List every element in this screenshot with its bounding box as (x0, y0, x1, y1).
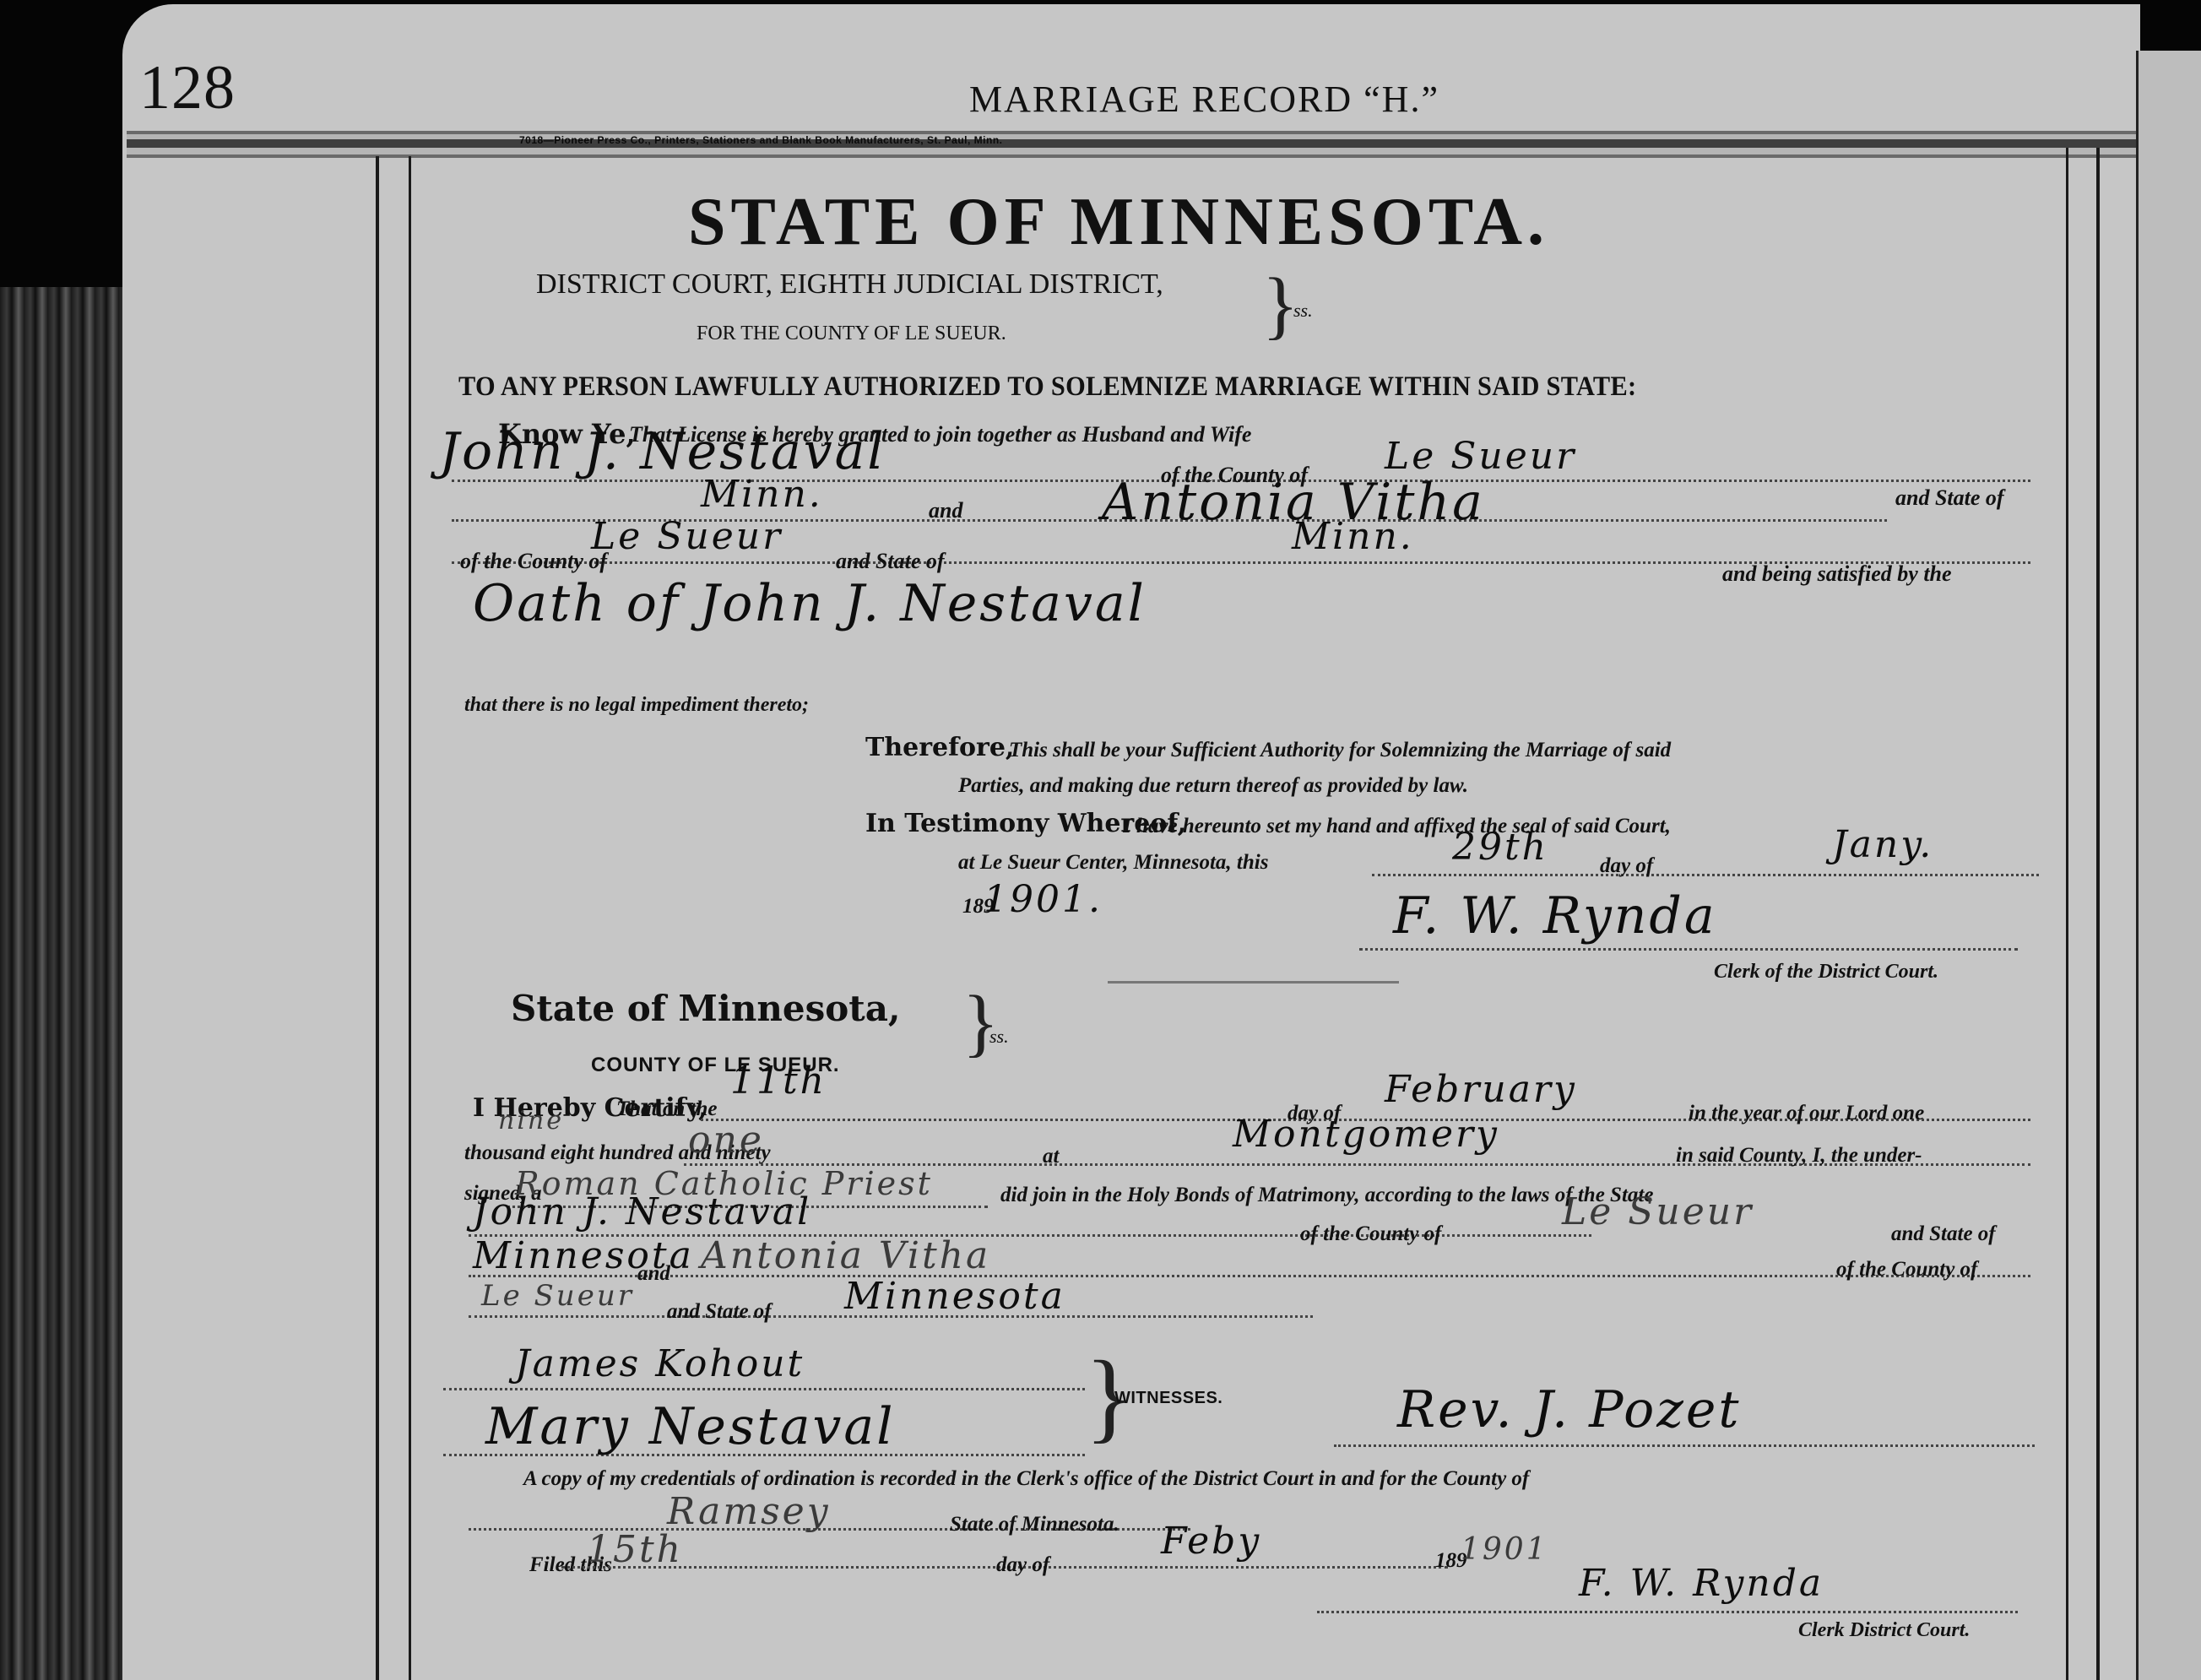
bride-state-handwritten: Minn. (1292, 515, 1414, 558)
therefore-label: Therefore, (865, 733, 1014, 762)
signature-line (1317, 1611, 2018, 1613)
label-at: at (1043, 1145, 1059, 1168)
label-and-state-2: and State of (836, 549, 945, 574)
witness-1-handwritten: James Kohout (515, 1342, 805, 1385)
signature-line (1359, 948, 2018, 951)
groom-state-handwritten: Minn. (701, 473, 823, 516)
margin-rule-right (2066, 148, 2068, 1680)
testimony-text: I have hereunto set my hand and affixed … (1123, 815, 1671, 838)
signature-line (1334, 1444, 2035, 1447)
filed-clerk-signature: F. W. Rynda (1579, 1562, 1824, 1605)
officiant-signature: Rev. J. Pozet (1397, 1380, 1741, 1439)
ss-mark: ss. (989, 1026, 1009, 1048)
cert-bride-county-handwritten: Le Sueur (481, 1279, 634, 1313)
label-in-the-year: in the year of our Lord one (1689, 1102, 1924, 1125)
license-day-handwritten: 29th (1452, 826, 1548, 869)
label-being-satisfied: and being satisfied by the (1722, 561, 1952, 587)
certificate-day-handwritten: 11th (730, 1059, 827, 1103)
address-line: TO ANY PERSON LAWFULLY AUTHORIZED TO SOL… (458, 371, 1636, 403)
label-of-county-2: of the County of (460, 549, 607, 574)
header-rule (127, 131, 2136, 158)
form-title: STATE OF MINNESOTA. (688, 184, 1549, 261)
century-correction-handwritten: nine (498, 1106, 564, 1135)
cert-groom-name-handwritten: John J. Nestaval (473, 1190, 811, 1233)
certificate-month-handwritten: February (1385, 1068, 1577, 1111)
label-in-said-county: in said County, I, the under- (1676, 1144, 1922, 1168)
filed-clerk-title: Clerk District Court. (1798, 1619, 1970, 1642)
credentials-state: State of Minnesota. (950, 1513, 1119, 1536)
credentials-text: A copy of my credentials of ordination i… (523, 1467, 1529, 1491)
margin-rule-right-outer (2096, 148, 2100, 1680)
county-line: FOR THE COUNTY OF LE SUEUR. (697, 322, 1006, 345)
book-page-edges (0, 287, 127, 1680)
cert-groom-county-handwritten: Le Sueur (1562, 1190, 1754, 1233)
printer-imprint: 7018—Pioneer Press Co., Printers, Statio… (519, 134, 1002, 146)
testimony-place: at Le Sueur Center, Minnesota, this (958, 851, 1268, 875)
year-word-handwritten: one (688, 1119, 764, 1162)
oath-handwritten: Oath of John J. Nestaval (473, 574, 1147, 633)
brace-icon: } (962, 979, 999, 1066)
certificate-state-heading: State of Minnesota, (511, 988, 901, 1029)
year-handwritten: 1901. (984, 878, 1103, 921)
therefore-text-2: Parties, and making due return thereof a… (958, 774, 1468, 798)
license-month-handwritten: Jany. (1832, 823, 1933, 866)
ss-mark: ss. (1293, 300, 1313, 322)
margin-rule-left (376, 156, 379, 1680)
clerk-title: Clerk of the District Court. (1714, 961, 1938, 984)
no-impediment-text: that there is no legal impediment theret… (464, 694, 809, 717)
label-and-state-2: and State of (667, 1300, 772, 1324)
place-handwritten: Montgomery (1233, 1113, 1499, 1156)
witness-line (443, 1388, 1085, 1390)
label-and: and (637, 1262, 670, 1286)
witnesses-label: WITNESSES. (1114, 1389, 1222, 1408)
filed-year-handwritten: 1901 (1461, 1532, 1548, 1567)
label-that-on-the: That on the (616, 1097, 717, 1121)
page-number: 128 (139, 52, 236, 124)
label-filed-day-of: day of (996, 1553, 1049, 1577)
court-line: DISTRICT COURT, EIGHTH JUDICIAL DISTRICT… (536, 268, 1163, 301)
label-and: and (929, 498, 962, 523)
facing-page-edge (2136, 51, 2201, 1680)
cert-bride-name-handwritten: Antonia Vitha (701, 1234, 990, 1277)
groom-county-handwritten: Le Sueur (1385, 435, 1576, 478)
did-join-text: did join in the Holy Bonds of Matrimony,… (1000, 1184, 1653, 1207)
bride-county-handwritten: Le Sueur (591, 515, 783, 558)
filed-month-handwritten: Feby (1161, 1520, 1261, 1563)
cert-bride-state-handwritten: Minnesota (844, 1275, 1065, 1318)
credentials-county-handwritten: Ramsey (667, 1490, 831, 1533)
filed-day-handwritten: 15th (587, 1528, 683, 1571)
record-title: MARRIAGE RECORD “H.” (969, 78, 1439, 121)
witness-2-handwritten: Mary Nestaval (485, 1397, 895, 1456)
therefore-text: This shall be your Sufficient Authority … (1009, 739, 1671, 762)
label-of-county-2: of the County of (1836, 1258, 1977, 1282)
label-day-of: day of (1600, 854, 1653, 878)
clerk-signature: F. W. Rynda (1393, 886, 1717, 946)
section-divider (1108, 981, 1399, 984)
label-of-county: of the County of (1300, 1222, 1441, 1246)
label-and-state: and State of (1895, 485, 2004, 511)
margin-rule-left-inner (409, 156, 411, 1680)
label-and-state: and State of (1891, 1222, 1996, 1246)
fill-line (1372, 874, 2039, 876)
